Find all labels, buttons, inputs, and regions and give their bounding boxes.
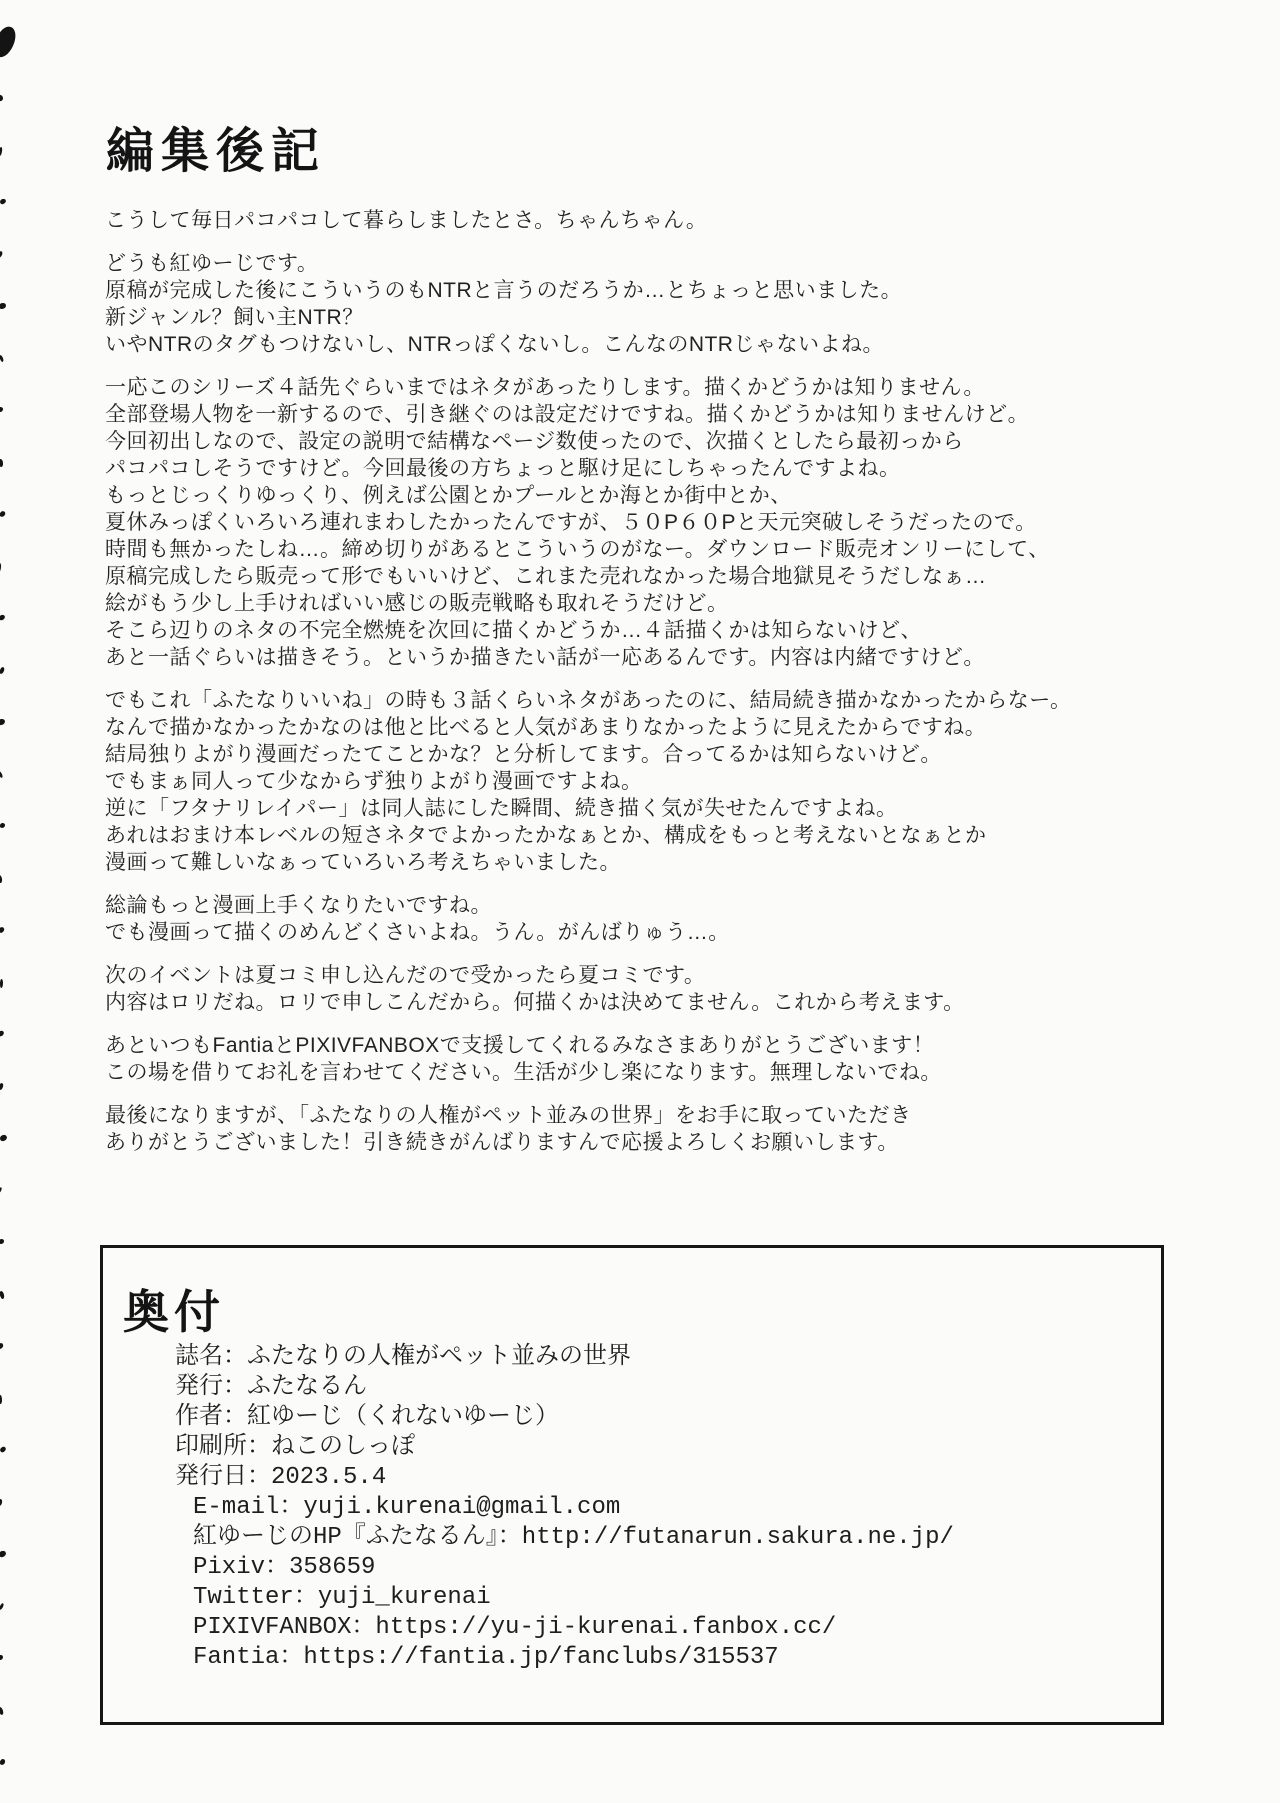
text-line: あといつもFantiaとPIXIVFANBOXで支援してくれるみなさまありがとう… xyxy=(105,1032,1071,1059)
scan-artifact xyxy=(0,667,5,675)
colophon-line: Fantia：https://fantia.jp/fanclubs/315537 xyxy=(193,1643,954,1673)
text-line: 結局独りよがり漫画だったてことかな？と分析してます。合ってるかは知らないけど。 xyxy=(105,741,1071,768)
text-line: 原稿完成したら販売って形でもいいけど、これまた売れなかった場合地獄見そうだしなぁ… xyxy=(105,563,1071,590)
text-line: でもまぁ同人って少なからず独りよがり漫画ですよね。 xyxy=(105,768,1071,795)
scan-artifact xyxy=(0,823,5,829)
scan-artifact xyxy=(0,1603,4,1611)
scan-artifact xyxy=(0,719,5,726)
scan-artifact xyxy=(0,510,6,518)
text-line: 全部登場人物を一新するので、引き継ぐのは設定だけですね。描くかどうかは知りません… xyxy=(105,401,1071,428)
scan-artifact xyxy=(0,251,3,259)
colophon-box: 奥付 誌名：ふたなりの人権がペット並みの世界発行：ふたなるん作者：紅ゆーじ（くれ… xyxy=(100,1245,1164,1725)
text-line: でも漫画って描くのめんどくさいよね。うん。がんばりゅう…。 xyxy=(105,919,1071,946)
text-line: そこら辺りのネタの不完全燃焼を次回に描くかどうか…４話描くかは知らないけど、 xyxy=(105,617,1071,644)
scan-artifact xyxy=(0,614,6,621)
scan-artifact xyxy=(0,875,3,884)
scan-artifact xyxy=(0,1395,2,1404)
paragraph: 総論もっと漫画上手くなりたいですね。でも漫画って描くのめんどくさいよね。うん。が… xyxy=(105,892,1071,946)
page-title: 編集後記 xyxy=(106,112,326,181)
paragraph: 次のイベントは夏コミ申し込んだので受かったら夏コミです。内容はロリだね。ロリで申… xyxy=(105,962,1071,1016)
paragraph: どうも紅ゆーじです。原稿が完成した後にこういうのもNTRと言うのだろうか…とちょ… xyxy=(105,250,1071,358)
scan-artifact xyxy=(0,1030,5,1037)
colophon-lines: 誌名：ふたなりの人権がペット並みの世界発行：ふたなるん作者：紅ゆーじ（くれないゆ… xyxy=(175,1343,954,1673)
text-line: なんで描かなかったかなのは他と比べると人気があまりなかったように見えたからですね… xyxy=(105,714,1071,741)
text-line: 時間も無かったしね…。締め切りがあるとこういうのがなー。ダウンロード販売オンリー… xyxy=(105,536,1071,563)
text-line: 新ジャンル？飼い主NTR？ xyxy=(105,304,1071,331)
scan-artifact xyxy=(0,1446,7,1453)
colophon-line: 紅ゆーじのHP『ふたなるん』：http://futanarun.sakura.n… xyxy=(193,1523,954,1553)
text-line: あれはおまけ本レベルの短さネタでよかったかなぁとか、構成をもっと考えないとなぁと… xyxy=(105,822,1071,849)
scan-artifact xyxy=(0,407,3,413)
afterword-body: こうして毎日パコパコして暮らしましたとさ。ちゃんちゃん。どうも紅ゆーじです。原稿… xyxy=(105,207,1071,1172)
paragraph: こうして毎日パコパコして暮らしましたとさ。ちゃんちゃん。 xyxy=(105,207,1071,234)
scan-artifact xyxy=(0,771,4,779)
colophon-line: Twitter：yuji_kurenai xyxy=(193,1583,954,1613)
text-line: ありがとうございました！引き続きがんばりますんで応援よろしくお願いします。 xyxy=(105,1129,1071,1156)
text-line: 次のイベントは夏コミ申し込んだので受かったら夏コミです。 xyxy=(105,962,1071,989)
colophon-line: 発行：ふたなるん xyxy=(175,1373,954,1403)
scan-artifact xyxy=(0,1758,6,1765)
text-line: どうも紅ゆーじです。 xyxy=(105,250,1071,277)
colophon-line: 誌名：ふたなりの人権がペット並みの世界 xyxy=(175,1343,954,1373)
colophon-line: PIXIVFANBOX：https://yu-ji-kurenai.fanbox… xyxy=(193,1613,954,1643)
scan-artifact xyxy=(0,563,1,572)
scan-artifact xyxy=(0,303,6,309)
text-line: パコパコしそうですけど。今回最後の方ちょっと駆け足にしちゃったんですよね。 xyxy=(105,455,1071,482)
scan-artifact xyxy=(0,1550,7,1558)
colophon-line: 発行日：2023.5.4 xyxy=(175,1463,954,1493)
paragraph: あといつもFantiaとPIXIVFANBOXで支援してくれるみなさまありがとう… xyxy=(105,1032,1071,1086)
scan-artifact xyxy=(0,979,3,988)
text-line: あと一話ぐらいは描きそう。というか描きたい話が一応あるんです。内容は内緒ですけど… xyxy=(105,644,1071,671)
scan-artifact xyxy=(0,355,4,363)
scan-artifact xyxy=(0,1499,3,1507)
scan-artifact xyxy=(0,1239,4,1244)
scan-artifact xyxy=(0,94,4,102)
scan-artifact xyxy=(0,24,19,60)
text-line: 絵がもう少し上手ければいい感じの販売戦略も取れそうだけど。 xyxy=(105,590,1071,617)
scan-artifact xyxy=(0,198,7,204)
colophon-line: 印刷所：ねこのしっぽ xyxy=(175,1433,954,1463)
paragraph: 一応このシリーズ４話先ぐらいまではネタがあったりします。描くかどうかは知りません… xyxy=(105,374,1071,671)
text-line: 原稿が完成した後にこういうのもNTRと言うのだろうか…とちょっと思いました。 xyxy=(105,277,1071,304)
scan-artifact xyxy=(0,147,3,156)
scan-artifact xyxy=(0,1291,5,1300)
text-line: でもこれ「ふたなりいいね」の時も３話くらいネタがあったのに、結局続き描かなかった… xyxy=(105,687,1071,714)
scan-artifact xyxy=(0,1083,4,1091)
text-line: いやNTRのタグもつけないし、NTRっぽくないし。こんなのNTRじゃないよね。 xyxy=(105,331,1071,358)
text-line: 逆に「フタナリレイパー」は同人誌にした瞬間、続き描く気が失せたんですよね。 xyxy=(105,795,1071,822)
scan-artifact xyxy=(0,1187,2,1195)
text-line: この場を借りてお礼を言わせてください。生活が少し楽になります。無理しないでね。 xyxy=(105,1059,1071,1086)
scan-artifact xyxy=(0,1134,7,1141)
text-line: 一応このシリーズ４話先ぐらいまではネタがあったりします。描くかどうかは知りません… xyxy=(105,374,1071,401)
scan-artifact xyxy=(0,1707,4,1716)
colophon-line: 作者：紅ゆーじ（くれないゆーじ） xyxy=(175,1403,954,1433)
paragraph: でもこれ「ふたなりいいね」の時も３話くらいネタがあったのに、結局続き描かなかった… xyxy=(105,687,1071,876)
colophon-title: 奥付 xyxy=(123,1276,225,1342)
scan-artifact xyxy=(0,459,4,468)
text-line: 最後になりますが、「ふたなりの人権がペット並みの世界」をお手に取っていただき xyxy=(105,1102,1071,1129)
paragraph: 最後になりますが、「ふたなりの人権がペット並みの世界」をお手に取っていただきあり… xyxy=(105,1102,1071,1156)
colophon-line: Pixiv：358659 xyxy=(193,1553,954,1583)
scan-artifact xyxy=(0,926,5,933)
text-line: 漫画って難しいなぁっていろいろ考えちゃいました。 xyxy=(105,849,1071,876)
scan-artifact xyxy=(0,1655,3,1660)
text-line: 今回初出しなので、設定の説明で結構なページ数使ったので、次描くとしたら最初っから xyxy=(105,428,1071,455)
text-line: 内容はロリだね。ロリで申しこんだから。何描くかは決めてません。これから考えます。 xyxy=(105,989,1071,1016)
text-line: こうして毎日パコパコして暮らしましたとさ。ちゃんちゃん。 xyxy=(105,207,1071,234)
colophon-line: E-mail：yuji.kurenai@gmail.com xyxy=(193,1493,954,1523)
scanned-afterword-page: 編集後記 こうして毎日パコパコして暮らしましたとさ。ちゃんちゃん。どうも紅ゆーじ… xyxy=(0,0,1280,1803)
text-line: 総論もっと漫画上手くなりたいですね。 xyxy=(105,892,1071,919)
scan-artifact xyxy=(0,1342,4,1349)
text-line: もっとじっくりゆっくり、例えば公園とかプールとか海とか街中とか、 xyxy=(105,482,1071,509)
text-line: 夏休みっぽくいろいろ連れまわしたかったんですが、５０P６０Pと天元突破しそうだっ… xyxy=(105,509,1071,536)
